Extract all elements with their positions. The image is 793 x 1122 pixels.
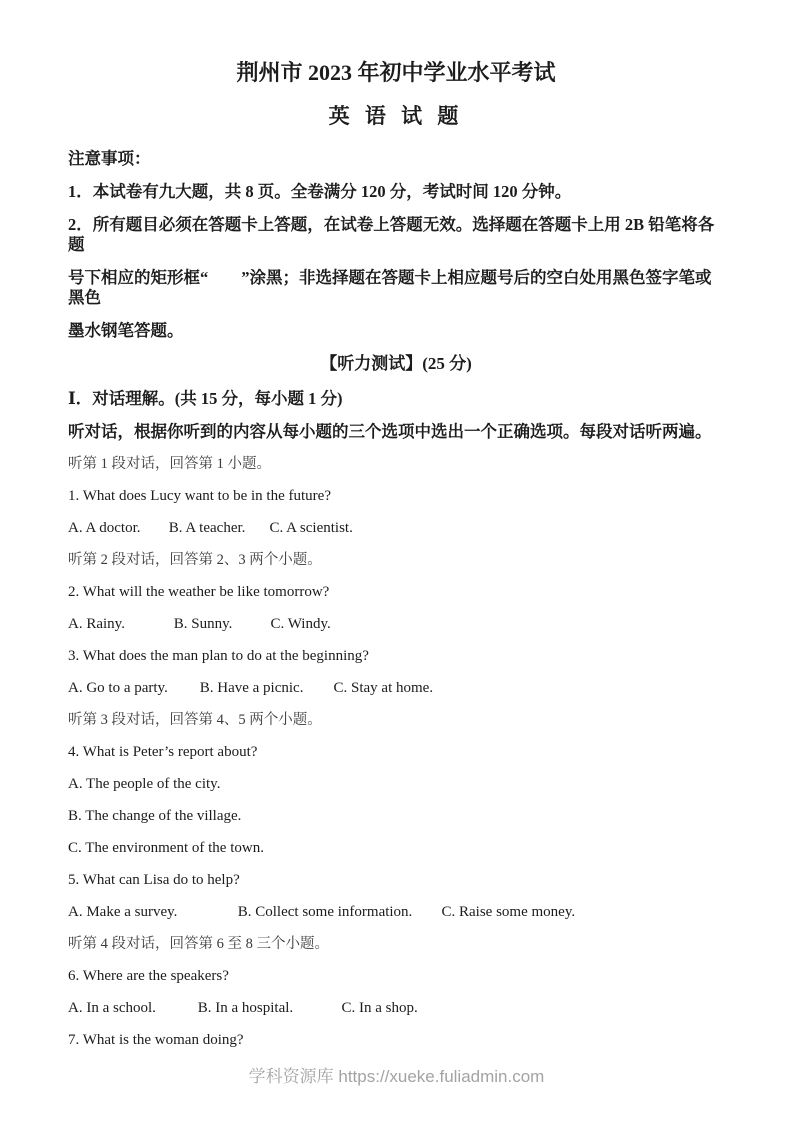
page-title: 荆州市 2023 年初中学业水平考试 xyxy=(68,60,724,86)
question-3-text: 3. What does the man plan to do at the b… xyxy=(68,647,724,665)
question-7-text: 7. What is the woman doing? xyxy=(68,1031,724,1049)
question-2-options: A. Rainy. B. Sunny. C. Windy. xyxy=(68,615,724,633)
question-3-options: A. Go to a party. B. Have a picnic. C. S… xyxy=(68,679,724,697)
question-4-option-c: C. The environment of the town. xyxy=(68,839,724,857)
question-4-option-b: B. The change of the village. xyxy=(68,807,724,825)
part1-heading: Ⅰ．对话理解。(共 15 分，每小题 1 分) xyxy=(68,389,724,409)
question-1-options: A. A doctor. B. A teacher. C. A scientis… xyxy=(68,519,724,537)
dialogue-cue-4: 听第 4 段对话，回答第 6 至 8 三个小题。 xyxy=(68,935,724,953)
question-6-text: 6. Where are the speakers? xyxy=(68,967,724,985)
question-1-option-b: B. A teacher. xyxy=(169,519,266,537)
page-subtitle: 英 语 试 题 xyxy=(68,103,724,129)
notice-item-2-line-3: 墨水钢笔答题。 xyxy=(68,321,724,341)
watermark-text: 学科资源库 https://xueke.fuliadmin.com xyxy=(249,1067,545,1086)
notice-item-2-line-2: 号下相应的矩形框“ ”涂黑；非选择题在答题卡上相应题号后的空白处用黑色签字笔或黑… xyxy=(68,268,724,308)
question-4-option-a: A. The people of the city. xyxy=(68,775,724,793)
question-2-option-a: A. Rainy. xyxy=(68,615,170,633)
notice-item-1: 1．本试卷有九大题，共 8 页。全卷满分 120 分，考试时间 120 分钟。 xyxy=(68,182,724,202)
question-5-option-a: A. Make a survey. xyxy=(68,903,234,921)
watermark-footer: 学科资源库 https://xueke.fuliadmin.com xyxy=(0,1062,793,1087)
dialogue-cue-3: 听第 3 段对话，回答第 4、5 两个小题。 xyxy=(68,711,724,729)
question-1-option-a: A. A doctor. xyxy=(68,519,165,537)
question-5-options: A. Make a survey. B. Collect some inform… xyxy=(68,903,724,921)
question-2-text: 2. What will the weather be like tomorro… xyxy=(68,583,724,601)
question-3-option-a: A. Go to a party. xyxy=(68,679,196,697)
question-3-option-b: B. Have a picnic. xyxy=(200,679,330,697)
dialogue-cue-1: 听第 1 段对话，回答第 1 小题。 xyxy=(68,455,724,473)
question-6-option-c: C. In a shop. xyxy=(342,999,418,1017)
question-4-text: 4. What is Peter’s report about? xyxy=(68,743,724,761)
exam-paper-page: 荆州市 2023 年初中学业水平考试 英 语 试 题 注意事项： 1．本试卷有九… xyxy=(0,0,793,1049)
notice-heading: 注意事项： xyxy=(68,149,724,169)
question-6-option-b: B. In a hospital. xyxy=(198,999,338,1017)
question-1-option-c: C. A scientist. xyxy=(270,519,353,537)
question-2-option-c: C. Windy. xyxy=(271,615,331,633)
listening-section-title: 【听力测试】(25 分) xyxy=(68,354,724,374)
question-1-text: 1. What does Lucy want to be in the futu… xyxy=(68,487,724,505)
question-6-options: A. In a school. B. In a hospital. C. In … xyxy=(68,999,724,1017)
notice-item-2-line-1: 2．所有题目必须在答题卡上答题，在试卷上答题无效。选择题在答题卡上用 2B 铅笔… xyxy=(68,215,724,255)
question-5-option-c: C. Raise some money. xyxy=(442,903,576,921)
question-5-text: 5. What can Lisa do to help? xyxy=(68,871,724,889)
question-5-option-b: B. Collect some information. xyxy=(238,903,438,921)
dialogue-cue-2: 听第 2 段对话，回答第 2、3 两个小题。 xyxy=(68,551,724,569)
part1-instruction: 听对话，根据你听到的内容从每小题的三个选项中选出一个正确选项。每段对话听两遍。 xyxy=(68,422,724,442)
question-3-option-c: C. Stay at home. xyxy=(334,679,434,697)
question-2-option-b: B. Sunny. xyxy=(174,615,267,633)
question-6-option-a: A. In a school. xyxy=(68,999,194,1017)
